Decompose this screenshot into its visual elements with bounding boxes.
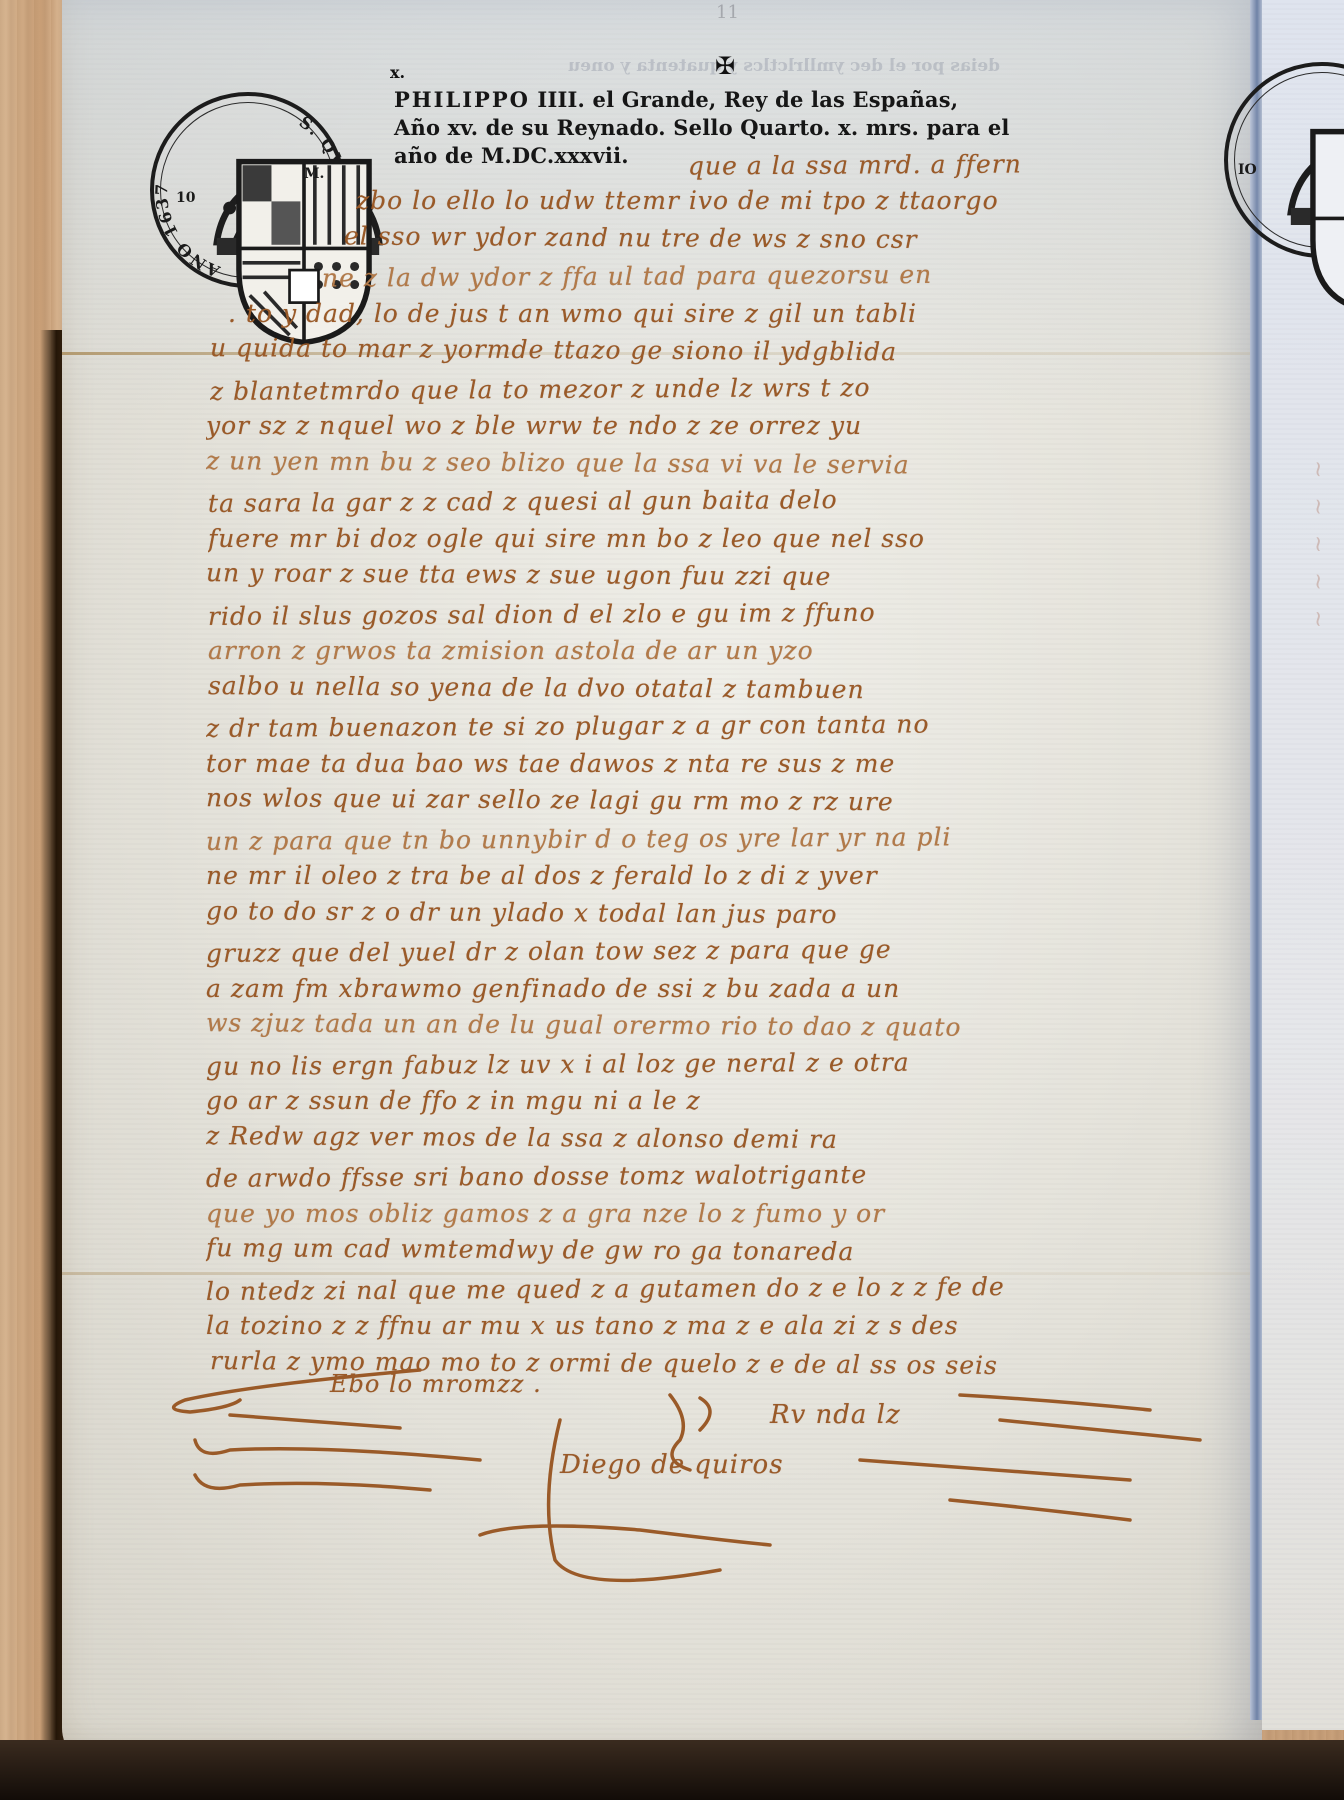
showthrough-text: deias por el dec ymllrlctlcs y quatenta … bbox=[500, 56, 1000, 76]
king-name: PHILIPPO bbox=[394, 87, 530, 112]
handwritten-line: z dr tam buenazon te si zo plugar z a gr… bbox=[206, 708, 1156, 743]
handwritten-line: que yo mos obliz gamos z a gra nze lo z … bbox=[206, 1199, 1156, 1228]
bottom-shadow bbox=[0, 1740, 1344, 1800]
handwritten-line: z blantetmrdo que la to mezor z unde lz … bbox=[210, 371, 1170, 406]
handwritten-line: que a la ssa mrd. a ffern bbox=[688, 148, 1188, 180]
handwritten-line: ws zjuz tada un an de lu gual orermo rio… bbox=[206, 1008, 1156, 1043]
handwritten-line: salbo u nella so yena de la dvo otatal z… bbox=[208, 671, 1158, 706]
header-line-2: Año xv. de su Reynado. Sello Quarto. x. … bbox=[394, 114, 1054, 142]
seal-value-right: M. bbox=[304, 166, 324, 182]
handwritten-line: lo ntedz zi nal que me qued z a gutamen … bbox=[206, 1271, 1156, 1306]
handwritten-line: un z para que tn bo unnybir d o teg os y… bbox=[206, 821, 1156, 856]
handwritten-line: zbo lo ello lo udw ttemr ivo de mi tpo z… bbox=[356, 186, 1186, 215]
cross-pattee-icon: ✠ bbox=[715, 54, 735, 78]
header-line-1: PHILIPPO IIII. el Grande, Rey de las Esp… bbox=[394, 86, 1054, 114]
handwritten-line: rido il slus gozos sal dion d el zlo e g… bbox=[208, 596, 1158, 631]
handwritten-line: fu mg um cad wmtemdwy de gw ro ga tonare… bbox=[206, 1233, 1156, 1268]
handwritten-line: z un yen mn bu z seo blizo que la ssa vi… bbox=[206, 446, 1166, 481]
signature-line-1: Ebo lo mromzz . bbox=[330, 1370, 542, 1398]
handwritten-line: ne z la dw ydor z ffa ul tad para quezor… bbox=[322, 258, 1182, 292]
handwritten-line: un y roar z sue tta ews z sue ugon fuu z… bbox=[206, 558, 1156, 593]
folio-mark: x. bbox=[390, 63, 405, 82]
signature-line-3: Diego de quiros bbox=[560, 1450, 784, 1480]
handwritten-line: . to y dad, lo de jus t an wmo qui sire … bbox=[228, 299, 1178, 328]
handwritten-line: a zam fm xbrawmo genfinado de ssi z bu z… bbox=[206, 974, 1156, 1003]
handwritten-line: nos wlos que ui zar sello ze lagi gu rm … bbox=[206, 783, 1156, 818]
royal-seal-left: ANO 1637 S. QVARTO 10 M. bbox=[150, 92, 346, 288]
handwritten-line: fuere mr bi doz ogle qui sire mn bo z le… bbox=[208, 524, 1168, 553]
coat-of-arms-shield-icon bbox=[1284, 128, 1344, 316]
handwritten-line: gruzz que del yuel dr z olan tow sez z p… bbox=[206, 933, 1156, 968]
handwritten-line: tor mae ta dua bao ws tae dawos z nta re… bbox=[206, 749, 1156, 778]
handwritten-line: de arwdo ffsse sri bano dosse tomz walot… bbox=[206, 1158, 1156, 1193]
signature-line-2: Rv nda lz bbox=[770, 1400, 901, 1430]
handwritten-line: gu no lis ergn fabuz lz uv x i al loz ge… bbox=[206, 1046, 1156, 1081]
header-line-1-rest: IIII. el Grande, Rey de las Españas, bbox=[530, 87, 958, 112]
handwritten-line: z Redw agz ver mos de la ssa z alonso de… bbox=[206, 1121, 1156, 1156]
seal-value-left: 10 bbox=[176, 190, 195, 206]
handwritten-line: ta sara la gar z z cad z quesi al gun ba… bbox=[208, 483, 1168, 518]
handwritten-line: el sso wr ydor zand nu tre de ws z sno c… bbox=[344, 221, 1184, 255]
handwritten-line: u quida to mar z yormde ttazo ge siono i… bbox=[210, 333, 1170, 368]
handwritten-line: la tozino z z ffnu ar mu x us tano z ma … bbox=[206, 1311, 1156, 1340]
handwritten-line: arron z grwos ta zmision astola de ar un… bbox=[208, 636, 1158, 665]
page-number-faint: 11 bbox=[716, 2, 739, 23]
handwritten-line: go to do sr z o dr un ylado x todal lan … bbox=[206, 896, 1156, 931]
adjacent-page-faint-writing: ~ ~ ~ ~ ~ bbox=[1290, 460, 1330, 800]
handwritten-line: go ar z ssun de ffo z in mgu ni a le z bbox=[206, 1086, 1156, 1115]
seal-value-left: IO bbox=[1238, 162, 1257, 178]
handwritten-line: yor sz z nquel wo z ble wrw te ndo z ze … bbox=[206, 411, 1166, 440]
handwritten-line: ne mr il oleo z tra be al dos z ferald l… bbox=[206, 861, 1156, 890]
